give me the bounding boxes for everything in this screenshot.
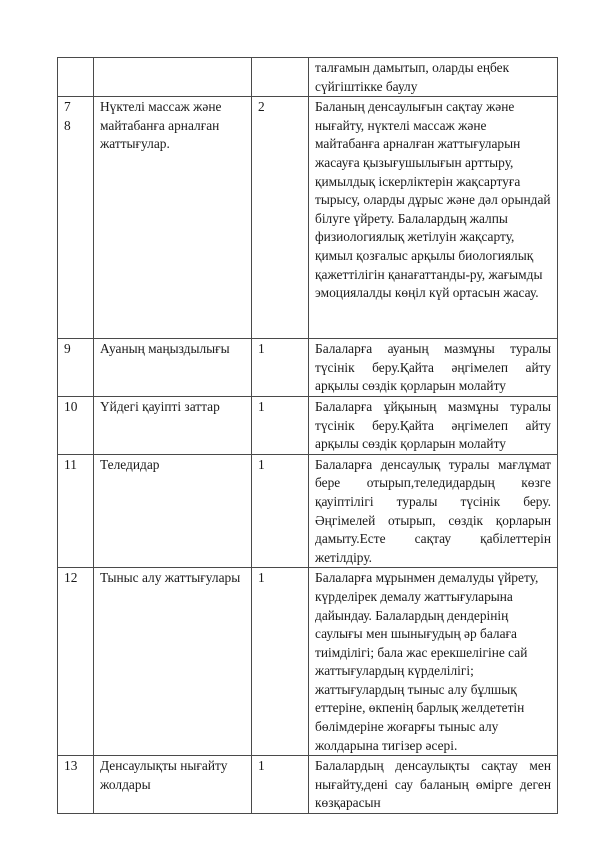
row-number-line: 8	[64, 117, 87, 136]
row-topic	[94, 58, 252, 97]
row-topic: Теледидар	[94, 454, 252, 568]
row-goal: Балаларға ауаның мазмұны туралы түсінік …	[309, 339, 558, 397]
table-row: 7 8 Нүктелі массаж және майтабанға арнал…	[58, 97, 558, 339]
row-hours	[252, 58, 309, 97]
row-goal: талғамын дамытып, оларды еңбек сүйгіштік…	[309, 58, 558, 97]
row-number: 13	[58, 756, 94, 814]
row-goal: Балаларға денсаулық туралы мағлұмат бере…	[309, 454, 558, 568]
row-goal: Балаларға мұрынмен демалуды үйрету, күрд…	[309, 568, 558, 756]
row-topic: Тыныс алу жаттығулары	[94, 568, 252, 756]
row-hours: 1	[252, 396, 309, 454]
row-hours: 1	[252, 568, 309, 756]
row-number: 12	[58, 568, 94, 756]
row-goal: Балаларға ұйқының мазмұны туралы түсінік…	[309, 396, 558, 454]
row-topic: Үйдегі қауіпті заттар	[94, 396, 252, 454]
table-row: 9 Ауаның маңыздылығы 1 Балаларға ауаның …	[58, 339, 558, 397]
table-row: 10 Үйдегі қауіпті заттар 1 Балаларға ұйқ…	[58, 396, 558, 454]
table-row: 11 Теледидар 1 Балаларға денсаулық турал…	[58, 454, 558, 568]
table-row: талғамын дамытып, оларды еңбек сүйгіштік…	[58, 58, 558, 97]
table-row: 12 Тыныс алу жаттығулары 1 Балаларға мұр…	[58, 568, 558, 756]
row-hours: 2	[252, 97, 309, 339]
row-number: 11	[58, 454, 94, 568]
row-number-line: 7	[64, 98, 87, 117]
row-hours: 1	[252, 339, 309, 397]
table-row: 13 Денсаулықты нығайту жолдары 1 Балалар…	[58, 756, 558, 814]
row-topic: Денсаулықты нығайту жолдары	[94, 756, 252, 814]
row-goal: Баланың денсаулығын сақтау және нығайту,…	[309, 97, 558, 339]
row-number: 9	[58, 339, 94, 397]
row-hours: 1	[252, 454, 309, 568]
row-goal: Балалардың денсаулықты сақтау мен нығайт…	[309, 756, 558, 814]
lesson-plan-table: талғамын дамытып, оларды еңбек сүйгіштік…	[57, 57, 558, 814]
row-number: 7 8	[58, 97, 94, 339]
row-number	[58, 58, 94, 97]
row-hours: 1	[252, 756, 309, 814]
row-topic: Ауаның маңыздылығы	[94, 339, 252, 397]
row-number: 10	[58, 396, 94, 454]
row-topic: Нүктелі массаж және майтабанға арналған …	[94, 97, 252, 339]
